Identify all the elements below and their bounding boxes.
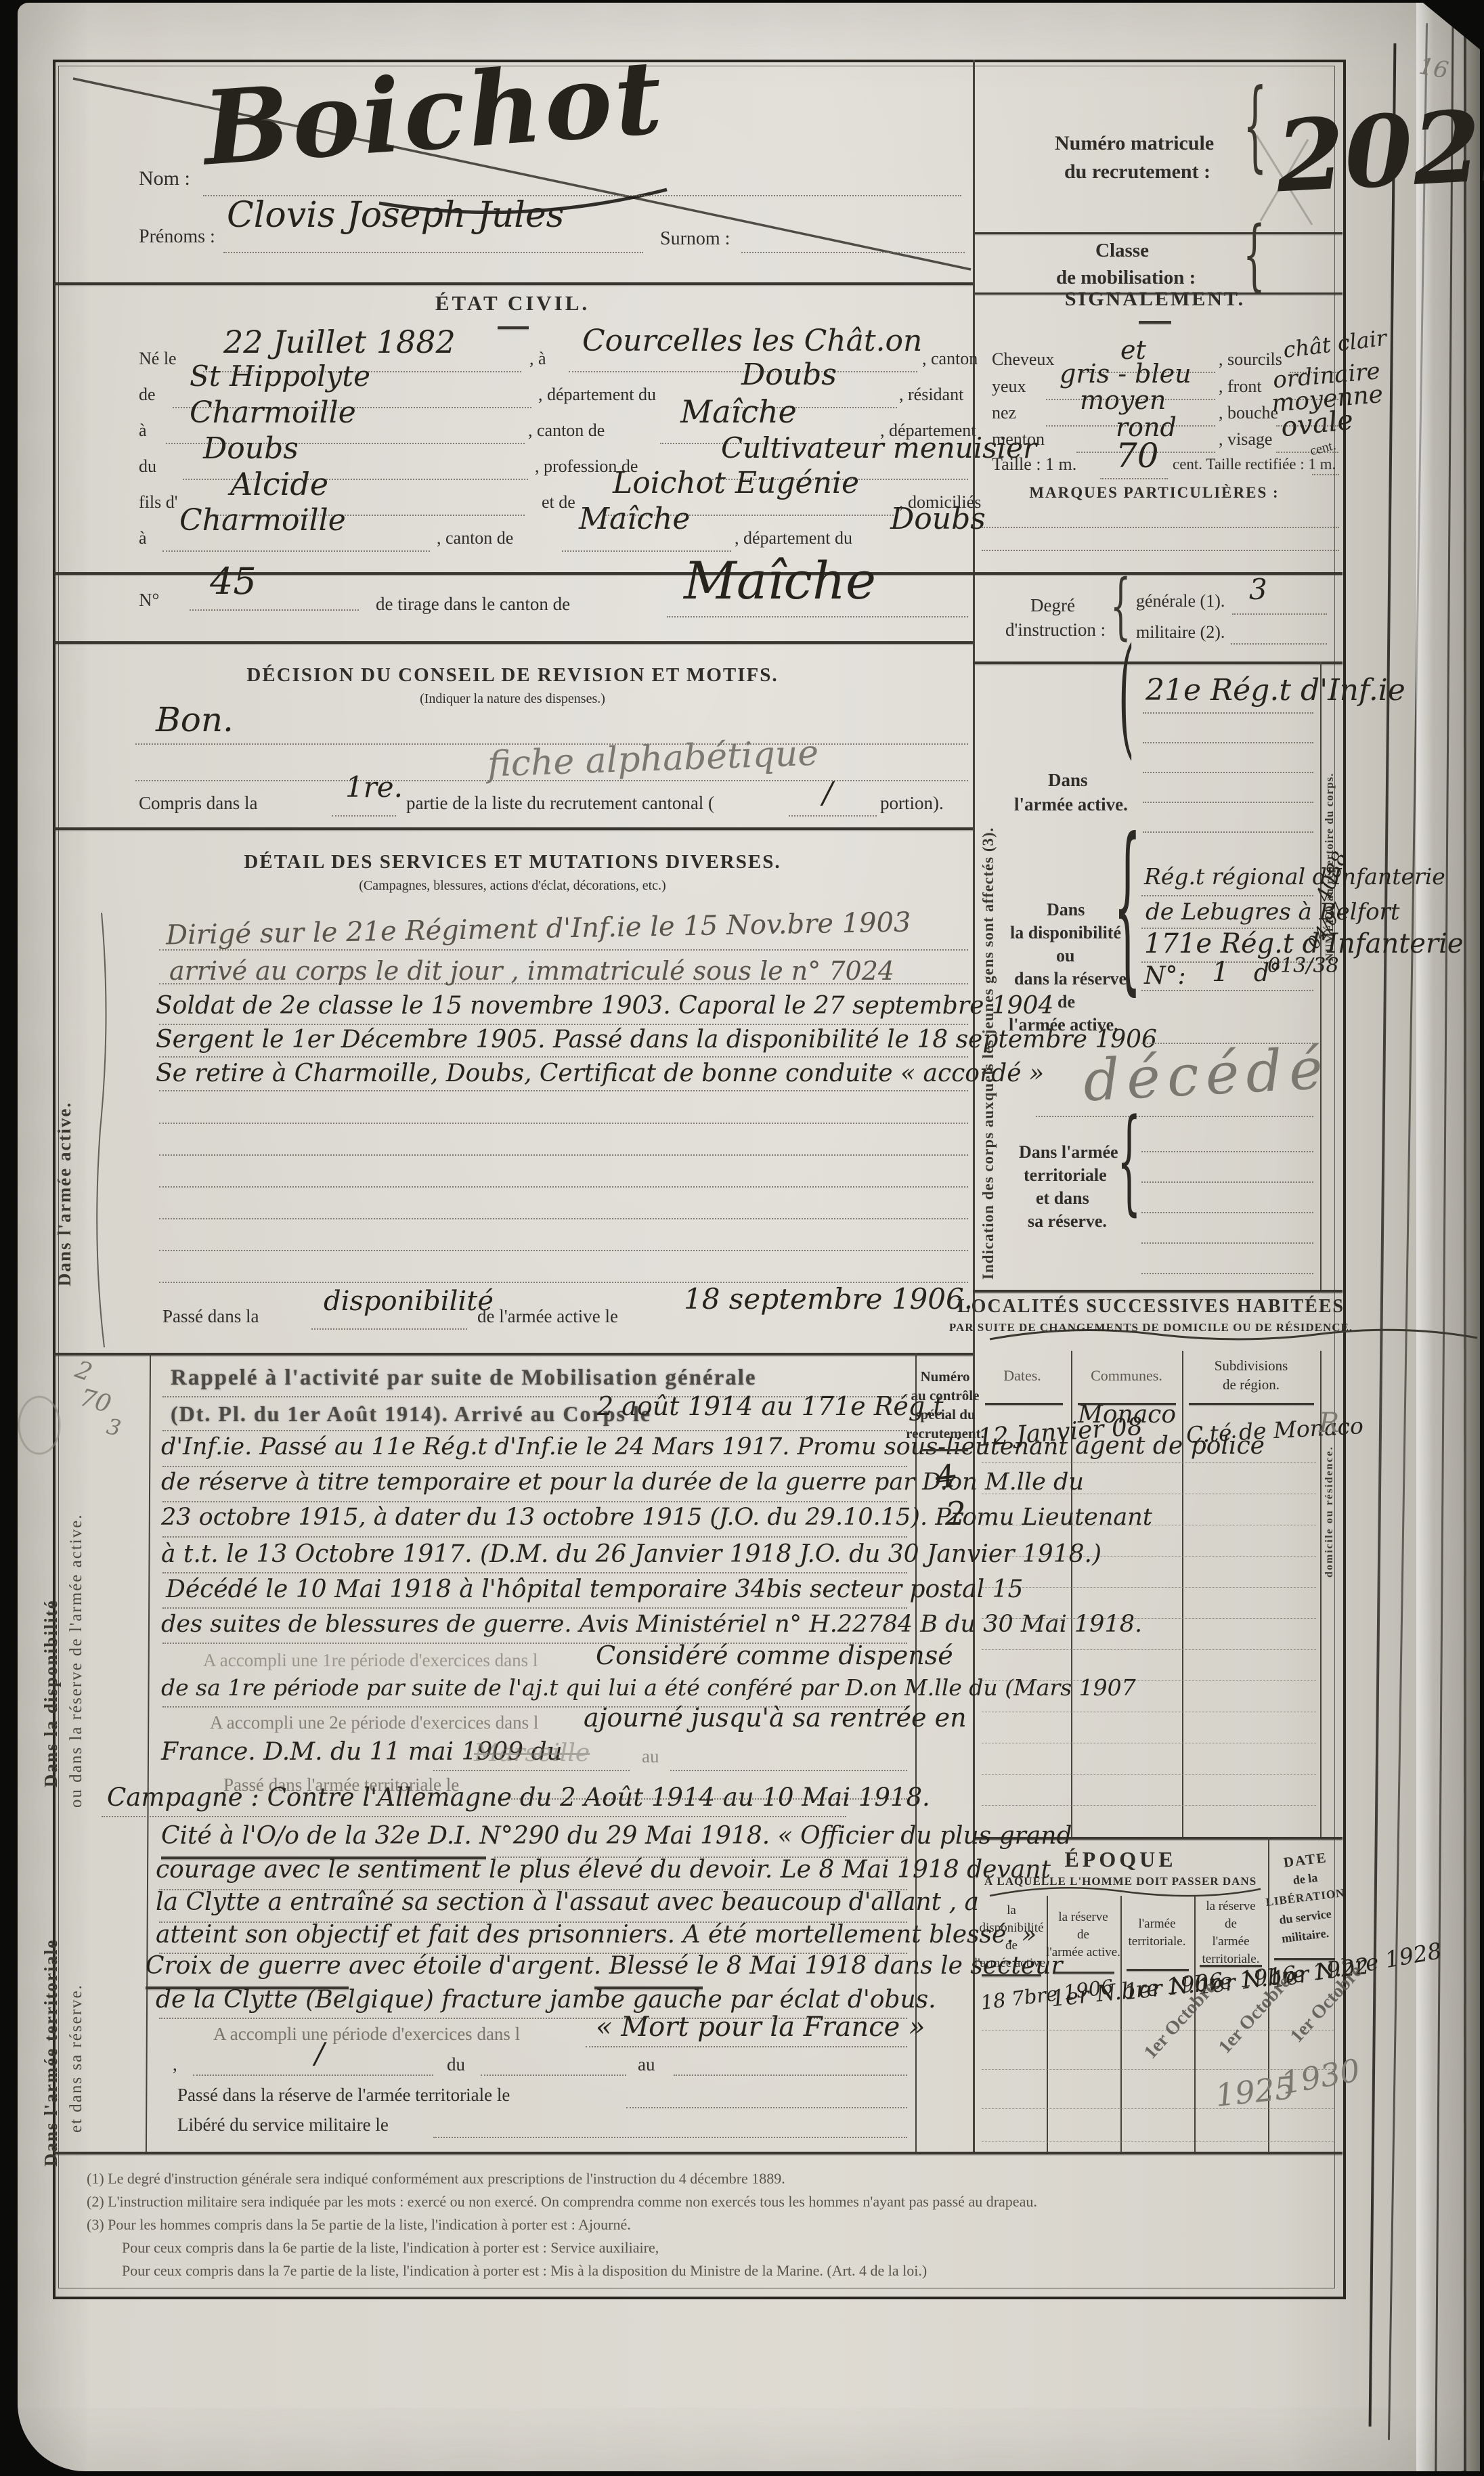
mobilisation-line: des suites de blessures de guerre. Avis … [161, 1613, 1142, 1636]
footnote-3: (3) Pour les hommes compris dans la 5e p… [87, 2217, 631, 2232]
libere-printed: Libéré du service militaire le [177, 2115, 389, 2134]
dispo-label-2: la disponibilité [1010, 924, 1121, 942]
periode1-hw2: de sa 1re période par suite de l'aj.t qu… [161, 1676, 1136, 1699]
residence-commune: Charmoille [190, 398, 356, 428]
localites-col-dates: Dates. [1003, 1368, 1041, 1383]
margin-dispo-label-2: ou dans la réserve de l'armée active. [68, 1374, 85, 1808]
a-label: , à [529, 349, 546, 368]
yeux-label: yeux [992, 377, 1026, 395]
instruction-generale-label: générale (1). [1136, 592, 1225, 610]
margin-terr-label-1: Dans l'armée territoriale [42, 1848, 60, 2167]
footnote-2: (2) L'instruction militaire sera indiqué… [87, 2194, 1037, 2209]
taille-value: 70 [1116, 439, 1159, 473]
epoque-col1-l1: la [1007, 1904, 1016, 1917]
paren-icon: ( [1118, 632, 1134, 762]
epoque-col4-l3: l'armée [1212, 1935, 1249, 1949]
visage-label: , visage [1219, 430, 1272, 448]
epoque-col2-l1: la réserve [1058, 1911, 1108, 1924]
canton-de2-label: , canton de [437, 529, 513, 547]
localites-col-subdiv-1: Subdivisions [1215, 1358, 1288, 1373]
du-label: du [139, 457, 156, 475]
mobilisation-line: à t.t. le 13 Octobre 1917. (D.M. du 26 J… [161, 1542, 1101, 1567]
departement-label: , département du [538, 385, 656, 404]
du-label: du [447, 2055, 465, 2074]
corps-entry: Rég.t régional d'Infanterie [1144, 865, 1445, 888]
territoriale-label-1: Dans l'armée [1019, 1143, 1118, 1161]
residence-departement: Doubs [203, 434, 299, 464]
tirage-text: de tirage dans le canton de [376, 594, 570, 613]
localites-side-vertical-label: domicile ou résidence. [1324, 1361, 1335, 1578]
epoque-col4-l2: de [1225, 1917, 1237, 1931]
tirage-canton: Maîche [684, 555, 876, 607]
citation-line: Croix de guerre avec étoile d'argent. Bl… [146, 1954, 1063, 1978]
a3-label: à [139, 529, 147, 547]
comma-label: , [173, 2055, 177, 2074]
citation-line: Cité à l'O/o de la 32e D.I. N°290 du 29 … [161, 1824, 1072, 1848]
de-label: de [139, 385, 156, 404]
epoque-col3-l2: territoriale. [1129, 1935, 1186, 1949]
localite-row-commune-1: Monaco [1078, 1403, 1176, 1427]
tirage-no-label: N° [139, 590, 159, 609]
brace-icon: { [1114, 818, 1141, 1000]
margin-terr-label-2: et dans sa réserve. [68, 1889, 85, 2133]
controle-header-2: au contrôle [911, 1388, 980, 1403]
services-subtitle: (Campagnes, blessures, actions d'éclat, … [359, 879, 665, 893]
localites-col-subdiv-2: de région. [1223, 1377, 1280, 1392]
periode1-printed: A accompli une 1re période d'exercices d… [203, 1651, 538, 1670]
campagne-line: Campagne : Contre l'Allemagne du 2 Août … [107, 1785, 930, 1810]
mobilisation-line: Décédé le 10 Mai 1918 à l'hôpital tempor… [166, 1578, 1023, 1602]
controle-mark: 2 [945, 1498, 966, 1530]
corps-entry-no: N°: [1144, 964, 1186, 989]
reserve-territoriale-printed: Passé dans la réserve de l'armée territo… [177, 2085, 510, 2104]
ne-le-label: Né le [139, 349, 177, 368]
compris-label-a: Compris dans la [139, 794, 258, 812]
cheveux-label: Cheveux [992, 350, 1054, 368]
brace-icon: { [1243, 78, 1267, 177]
profession-value: Cultivateur menuisier [721, 434, 1036, 462]
nom-value: Boichot [200, 46, 668, 179]
residant-label: , résidant [899, 385, 963, 404]
brace-icon: { [1243, 217, 1265, 295]
mother-name: Loichot Eugénie [613, 469, 859, 498]
signalement-title: SIGNALEMENT. [1065, 288, 1245, 310]
epoque-col4-l1: la réserve [1206, 1900, 1255, 1913]
prenoms-label: Prénoms : [139, 227, 215, 246]
domicile-departement: Doubs [890, 504, 986, 534]
page-edge-line [1435, 3, 1454, 2471]
taille-rectifiee-label: cent. Taille rectifiée : 1 m. [1173, 456, 1336, 473]
periode2-au-label: au [642, 1747, 659, 1766]
instruction-generale-value: 3 [1249, 575, 1267, 604]
epoque-col4-l4: territoriale. [1202, 1953, 1260, 1966]
compris-label-c: portion). [880, 794, 944, 812]
localites-subtitle: PAR SUITE DE CHANGEMENTS DE DOMICILE OU … [949, 1322, 1353, 1334]
nez-label: nez [992, 404, 1016, 422]
controle-mark: 4 [934, 1460, 957, 1494]
tirage-no-value: 45 [210, 563, 257, 600]
footnote-4: Pour ceux compris dans la 6e partie de l… [122, 2240, 659, 2255]
matricule-value: 2022 [1273, 95, 1484, 207]
a2-label: à [139, 421, 147, 439]
matricule-label-1: Numéro matricule [1055, 133, 1214, 154]
compris-value: 1re. [345, 773, 403, 802]
domicile-commune: Charmoille [179, 506, 346, 536]
corps-entry: 171e Rég.t d'Infanterie [1144, 930, 1464, 957]
service-line: Se retire à Charmoille, Doubs, Certifica… [156, 1062, 1044, 1086]
dispo-label-3: ou [1056, 947, 1074, 965]
margin-dispo-label-1: Dans la disponibilité [42, 1395, 60, 1787]
controle-header-4: recrutement. [906, 1426, 984, 1441]
canton-de-label: , canton de [528, 421, 605, 439]
decision-title: DÉCISION DU CONSEIL DE REVISION ET MOTIF… [246, 665, 778, 685]
mobilisation-arrive-printed: (Dt. Pl. du 1er Août 1914). Arrivé au Co… [171, 1403, 651, 1426]
territoriale-label-2: territoriale [1024, 1166, 1107, 1184]
citation-line: courage avec le sentiment le plus élevé … [156, 1858, 1051, 1882]
armee-active-margin-label: Dans l'armée active. [56, 934, 74, 1286]
passe-dispo-label-a: Passé dans la [162, 1307, 259, 1326]
service-line: Soldat de 2e classe le 15 novembre 1903.… [156, 994, 1053, 1018]
service-line: arrivé au corps le dit jour , immatricul… [169, 958, 894, 984]
father-name: Alcide [230, 469, 328, 500]
periode2-crossed-word: Marseille [474, 1741, 590, 1766]
mobilisation-arrive-hw: 2 août 1914 au 171e Rég.t [597, 1393, 943, 1419]
bouche-label: , bouche [1219, 404, 1278, 422]
yeux-value: gris - bleu [1060, 361, 1192, 387]
compris-label-b: partie de la liste du recrutement canton… [406, 794, 714, 812]
marques-label: MARQUES PARTICULIÈRES : [1029, 485, 1279, 501]
birth-departement: Doubs [741, 360, 837, 390]
passe-dispo-label-b: de l'armée active le [477, 1307, 618, 1326]
dispo-label-6: l'armée active. [1009, 1016, 1118, 1034]
matricule-label-2: du recrutement : [1064, 161, 1210, 183]
page-edge-shadow [1466, 3, 1480, 2471]
register-scan: 16 Boichot Nom : Clovis Joseph Jules Pré… [0, 0, 1484, 2476]
epoque-col2-l2: de [1077, 1928, 1089, 1942]
residence-canton: Maîche [680, 396, 797, 427]
page-edge-highlight [1416, 3, 1434, 2471]
citation-line: de la Clytte (Belgique) fracture jambe g… [156, 1988, 936, 2012]
canton-label: , canton [922, 349, 978, 368]
classe-label-2: de mobilisation : [1056, 267, 1196, 288]
corps-active-value: 21e Rég.t d'Inf.ie [1145, 676, 1405, 705]
front-label: , front [1219, 377, 1262, 395]
indication-corps-vertical-label: Indication des corps auxquels les jeunes… [980, 684, 996, 1280]
controle-header-3: spécial du [915, 1407, 975, 1422]
footnote-5: Pour ceux compris dans la 7e partie de l… [122, 2263, 927, 2278]
localites-title: LOCALITÉS SUCCESSIVES HABITÉES [957, 1297, 1345, 1316]
instruction-militaire-label: militaire (2). [1136, 623, 1225, 641]
service-line: Sergent le 1er Décembre 1905. Passé dans… [156, 1028, 1157, 1052]
nez-value: moyen [1080, 387, 1166, 413]
passe-dispo-value-2: 18 septembre 1906. [684, 1285, 973, 1313]
controle-header-1: Numéro [920, 1369, 969, 1384]
footnote-1: (1) Le degré d'instruction générale sera… [87, 2171, 785, 2186]
corps-entry-no-value: 1 [1212, 959, 1229, 986]
localites-col-communes: Communes. [1091, 1368, 1162, 1383]
services-title: DÉTAIL DES SERVICES ET MUTATIONS DIVERSE… [244, 852, 781, 872]
dans-armee-active-label-2: l'armée active. [1014, 795, 1128, 814]
degre-label-2: d'instruction : [1005, 620, 1106, 639]
brace-icon: { [1117, 1106, 1141, 1220]
periode2-hw: ajourné jusqu'à sa rentrée en [584, 1705, 967, 1731]
menton-label: menton [992, 430, 1045, 448]
mobilisation-title: Rappelé à l'activité par suite de Mobili… [171, 1366, 757, 1390]
corner-page-mark: 16 [1417, 55, 1450, 83]
dans-armee-active-label-1: Dans [1048, 770, 1088, 789]
dispo-label-4: dans la réserve [1014, 970, 1127, 988]
departement-du-label: , département du [735, 529, 852, 547]
citation-line: atteint son objectif et fait des prisonn… [156, 1923, 1036, 1947]
epoque-title: ÉPOQUE [1064, 1848, 1176, 1871]
surnom-label: Surnom : [660, 229, 730, 248]
corps-entry: de Lebugres à Belfort [1145, 900, 1399, 924]
periode3-printed: A accompli une période d'exercices dans … [213, 2024, 520, 2043]
corps-margin-mark: 013/38 [1267, 956, 1339, 976]
birth-date: 22 Juillet 1882 [223, 326, 456, 357]
classe-label-1: Classe [1095, 240, 1149, 261]
dispo-label-5: de [1057, 993, 1075, 1011]
domicile-canton: Maîche [579, 504, 690, 534]
periode2-printed: A accompli une 2e période d'exercices da… [210, 1713, 538, 1732]
au-label: au [638, 2055, 655, 2074]
visage-value: ovale [1280, 407, 1355, 441]
degre-label-1: Degré [1030, 596, 1075, 615]
epoque-col3-l1: l'armée [1138, 1917, 1175, 1931]
sourcils-label: , sourcils [1219, 350, 1282, 368]
stray-stroke: / [315, 2039, 324, 2068]
birth-place: Courcelles les Chât.on [582, 326, 922, 356]
mobilisation-line: 23 octobre 1915, à dater du 13 octobre 1… [161, 1506, 1152, 1529]
territoriale-label-4: sa réserve. [1028, 1212, 1107, 1230]
territoriale-label-3: et dans [1036, 1189, 1089, 1207]
dispo-label-1: Dans [1047, 900, 1085, 919]
taille-label: Taille : 1 m. [992, 455, 1076, 473]
birth-canton: St Hippolyte [190, 362, 370, 391]
prenoms-value: Clovis Joseph Jules [227, 198, 564, 233]
fils-de-label: fils d' [139, 493, 177, 511]
et-de-label: et de [542, 493, 575, 511]
portion-slash: / [823, 779, 833, 808]
decision-subtitle: (Indiquer la nature des dispenses.) [420, 692, 605, 706]
periode1-hw: Considéré comme dispensé [596, 1643, 953, 1668]
nom-label: Nom : [139, 168, 190, 190]
citation-line: la Clytte a entraîné sa section à l'assa… [156, 1890, 979, 1915]
localite-row-mark: R [1319, 1410, 1339, 1437]
passe-dispo-value-1: disponibilité [324, 1288, 494, 1315]
periode3-hw: « Mort pour la France » [596, 2014, 925, 2041]
decision-value: Bon. [156, 703, 234, 737]
etat-civil-title: ÉTAT CIVIL. [435, 292, 590, 315]
